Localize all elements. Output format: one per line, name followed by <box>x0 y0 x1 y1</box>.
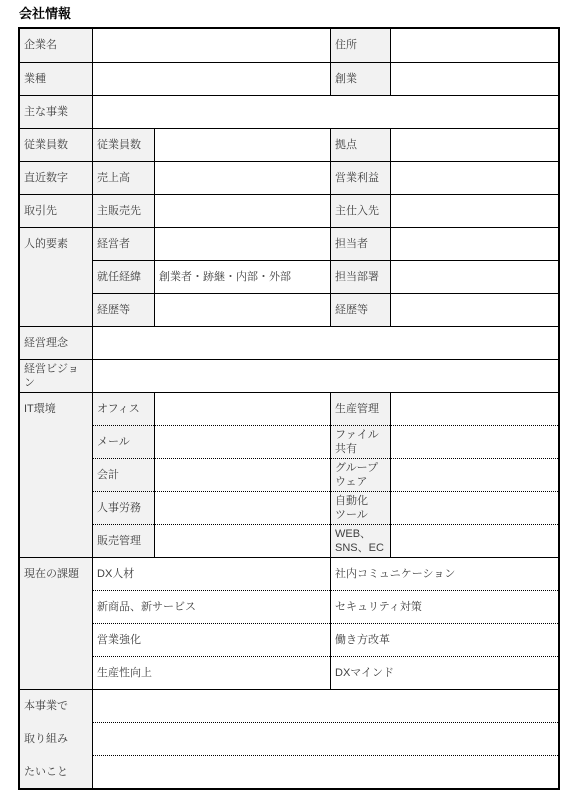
issue-productivity: 生産性向上 <box>92 656 330 689</box>
page-title: 会社情報 <box>19 3 71 22</box>
it-office-input[interactable] <box>154 392 330 425</box>
founded-label: 創業 <box>330 62 390 95</box>
career-right-label: 経歴等 <box>330 293 390 326</box>
main-business-input[interactable] <box>92 95 558 128</box>
issue-dx-mind: DXマインド <box>330 656 558 689</box>
goals-label-line-3: たいこと <box>20 755 92 788</box>
address-label: 住所 <box>330 29 390 62</box>
contact-person-label: 担当者 <box>330 227 390 260</box>
issues-row-label: 現在の課題 <box>20 557 92 689</box>
it-mail-input[interactable] <box>154 425 330 458</box>
it-web-sns-ec-label: WEB、 SNS、EC <box>330 524 390 557</box>
it-file-sharing-input[interactable] <box>390 425 558 458</box>
it-automation-input[interactable] <box>390 491 558 524</box>
it-mail-label: メール <box>92 425 154 458</box>
issue-dx-jinzai: DX人材 <box>92 557 330 590</box>
it-file-sharing-label: ファイル 共有 <box>330 425 390 458</box>
philosophy-input[interactable] <box>92 326 558 359</box>
main-business-label: 主な事業 <box>20 95 92 128</box>
operating-profit-label: 営業利益 <box>330 161 390 194</box>
it-hr-labor-label: 人事労務 <box>92 491 154 524</box>
main-customers-label: 主販売先 <box>92 194 154 227</box>
locations-label: 拠点 <box>330 128 390 161</box>
it-web-sns-ec-input[interactable] <box>390 524 558 557</box>
goals-input-2[interactable] <box>92 722 558 755</box>
it-office-label: オフィス <box>92 392 154 425</box>
it-hr-labor-input[interactable] <box>154 491 330 524</box>
company-info-table: 企業名 住所 業種 創業 主な事業 従業員数 従業員数 拠点 直近数字 売上高 … <box>18 27 560 790</box>
it-accounting-label: 会計 <box>92 458 154 491</box>
vision-label: 経営ビジョン <box>20 359 92 392</box>
employees-row-label: 従業員数 <box>20 128 92 161</box>
main-suppliers-label: 主仕入先 <box>330 194 390 227</box>
it-sales-mgmt-label: 販売管理 <box>92 524 154 557</box>
goals-input-3[interactable] <box>92 755 558 788</box>
goals-label-line-1: 本事業で <box>20 690 92 723</box>
manager-input[interactable] <box>154 227 330 260</box>
philosophy-label: 経営理念 <box>20 326 92 359</box>
career-left-label: 経歴等 <box>92 293 154 326</box>
main-customers-input[interactable] <box>154 194 330 227</box>
goals-label-line-2: 取り組み <box>20 723 92 756</box>
department-label: 担当部署 <box>330 260 390 293</box>
it-groupware-label: グループ ウェア <box>330 458 390 491</box>
industry-input[interactable] <box>92 62 330 95</box>
it-sales-mgmt-input[interactable] <box>154 524 330 557</box>
sales-label: 売上高 <box>92 161 154 194</box>
partners-row-label: 取引先 <box>20 194 92 227</box>
locations-input[interactable] <box>390 128 558 161</box>
appointment-options: 創業者・跡継・内部・外部 <box>154 260 330 293</box>
issue-workstyle-reform: 働き方改革 <box>330 623 558 656</box>
career-left-input[interactable] <box>154 293 330 326</box>
issue-new-products: 新商品、新サービス <box>92 590 330 623</box>
appointment-label: 就任経緯 <box>92 260 154 293</box>
sales-input[interactable] <box>154 161 330 194</box>
department-input[interactable] <box>390 260 558 293</box>
employees-input[interactable] <box>154 128 330 161</box>
goals-label: 本事業で 取り組み たいこと <box>20 689 92 788</box>
issue-communication: 社内コミュニケーション <box>330 557 558 590</box>
issue-security: セキュリティ対策 <box>330 590 558 623</box>
founded-input[interactable] <box>390 62 558 95</box>
it-production-input[interactable] <box>390 392 558 425</box>
operating-profit-input[interactable] <box>390 161 558 194</box>
it-accounting-input[interactable] <box>154 458 330 491</box>
it-groupware-input[interactable] <box>390 458 558 491</box>
company-name-label: 企業名 <box>20 29 92 62</box>
industry-label: 業種 <box>20 62 92 95</box>
goals-input-1[interactable] <box>92 689 558 722</box>
it-production-label: 生産管理 <box>330 392 390 425</box>
human-row-label: 人的要素 <box>20 227 92 326</box>
manager-label: 経営者 <box>92 227 154 260</box>
main-suppliers-input[interactable] <box>390 194 558 227</box>
company-name-input[interactable] <box>92 29 330 62</box>
vision-input[interactable] <box>92 359 558 392</box>
it-automation-label: 自動化 ツール <box>330 491 390 524</box>
issue-sales-strengthening: 営業強化 <box>92 623 330 656</box>
address-input[interactable] <box>390 29 558 62</box>
career-right-input[interactable] <box>390 293 558 326</box>
it-env-row-label: IT環境 <box>20 392 92 557</box>
figures-row-label: 直近数字 <box>20 161 92 194</box>
employees-label: 従業員数 <box>92 128 154 161</box>
contact-person-input[interactable] <box>390 227 558 260</box>
